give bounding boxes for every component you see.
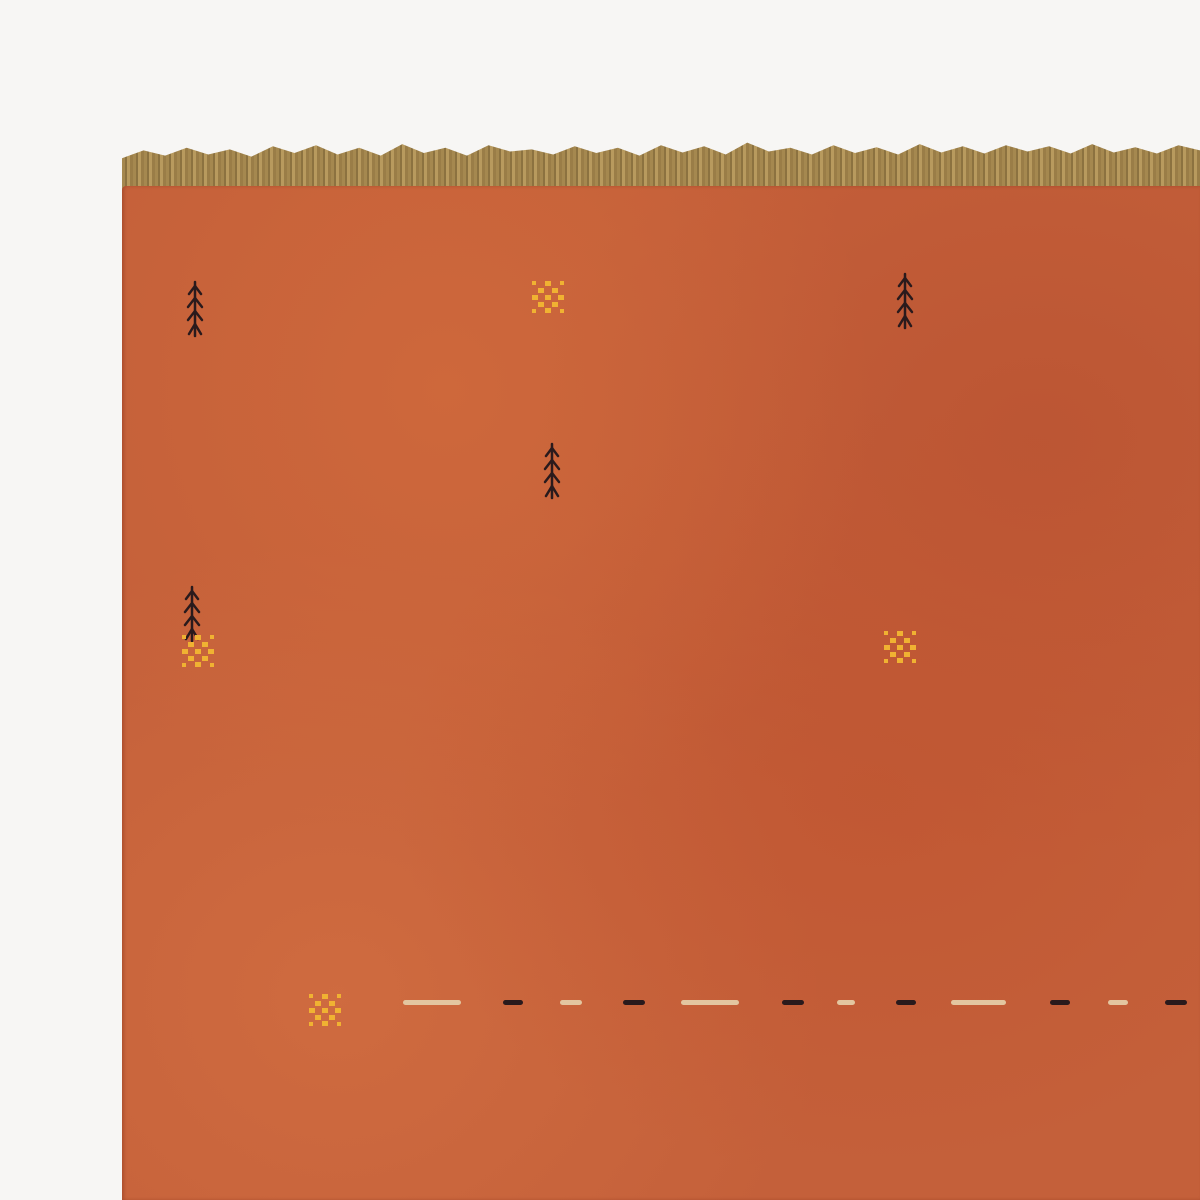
rug-fringe bbox=[122, 140, 1200, 192]
dash-motif bbox=[1108, 1000, 1128, 1005]
dash-motif bbox=[403, 1000, 461, 1005]
dash-motif bbox=[896, 1000, 916, 1005]
tree-motif-icon bbox=[185, 280, 205, 340]
dash-motif bbox=[951, 1000, 1006, 1005]
dash-motif bbox=[623, 1000, 645, 1005]
dash-motif bbox=[560, 1000, 582, 1005]
tree-motif-icon bbox=[895, 272, 915, 332]
diamond-motif-icon bbox=[880, 627, 920, 667]
dash-motif bbox=[837, 1000, 855, 1005]
tree-motif-icon bbox=[542, 442, 562, 502]
dash-motif bbox=[1050, 1000, 1070, 1005]
dash-motif bbox=[681, 1000, 739, 1005]
diamond-motif-icon bbox=[528, 277, 568, 317]
dash-motif bbox=[782, 1000, 804, 1005]
dash-motif bbox=[1165, 1000, 1187, 1005]
diamond-motif-icon bbox=[305, 990, 345, 1030]
diamond-motif-icon bbox=[178, 631, 218, 671]
rug-body bbox=[122, 186, 1200, 1200]
dash-motif bbox=[503, 1000, 523, 1005]
